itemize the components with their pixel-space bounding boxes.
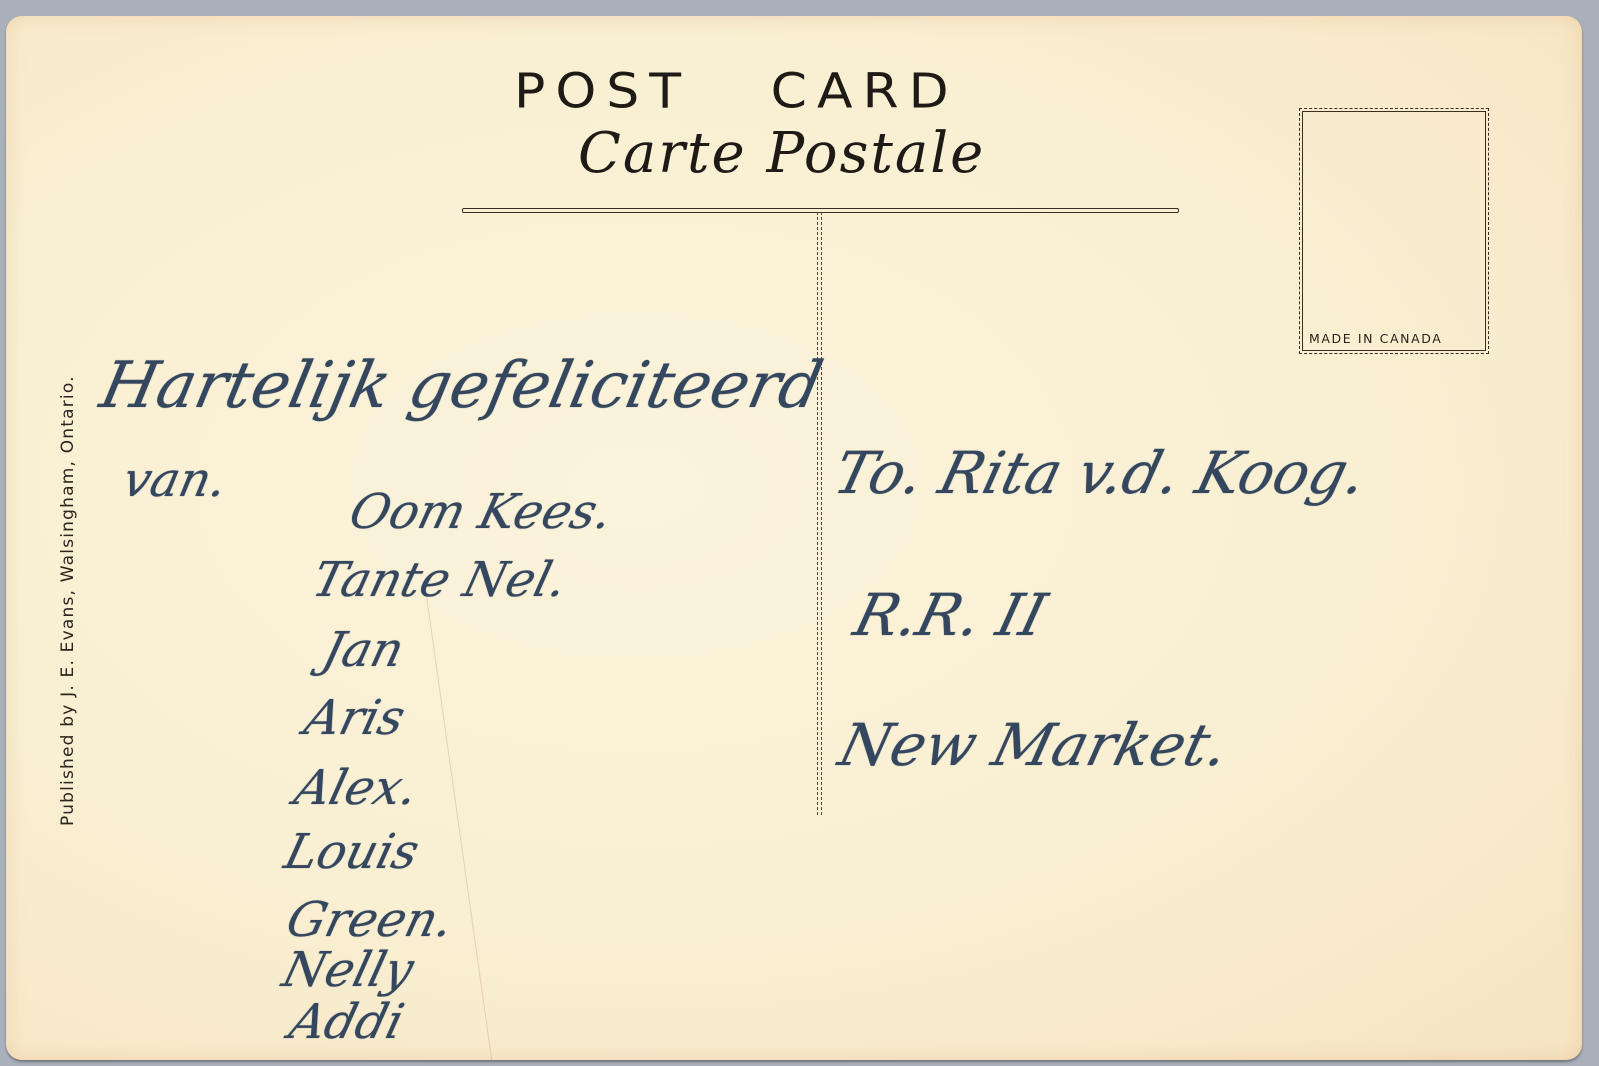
message-line: Hartelijk gefeliciteerd	[95, 354, 827, 418]
post-card-heading: POST CARD	[514, 68, 1114, 116]
publisher-imprint: Published by J. E. Evans, Walsingham, On…	[58, 375, 78, 826]
carte-postale-heading: Carte Postale	[578, 126, 985, 182]
paper-crease	[426, 585, 572, 1060]
stamp-box-inner: MADE IN CANADA	[1302, 111, 1486, 351]
address-line-town: New Market.	[834, 716, 1235, 774]
signature: Oom Kees.	[345, 488, 617, 536]
signature: Jan	[318, 626, 409, 674]
postcard-back: POST CARD Carte Postale MADE IN CANADA P…	[6, 16, 1582, 1060]
address-line-recipient: To. Rita v.d. Koog.	[829, 444, 1372, 502]
address-line-route: R.R. II	[849, 586, 1052, 644]
signature: Addi	[285, 998, 408, 1046]
stamp-box: MADE IN CANADA	[1299, 108, 1489, 354]
made-in-canada-label: MADE IN CANADA	[1309, 331, 1442, 346]
signature: Green.	[282, 896, 458, 944]
signature: Aris	[300, 694, 410, 742]
vertical-divider	[817, 212, 822, 815]
signature: Alex.	[290, 764, 423, 812]
message-line: van.	[119, 456, 231, 504]
signature: Nelly	[278, 946, 418, 994]
signature: Tante Nel.	[308, 556, 572, 604]
signature: Louis	[280, 828, 424, 876]
